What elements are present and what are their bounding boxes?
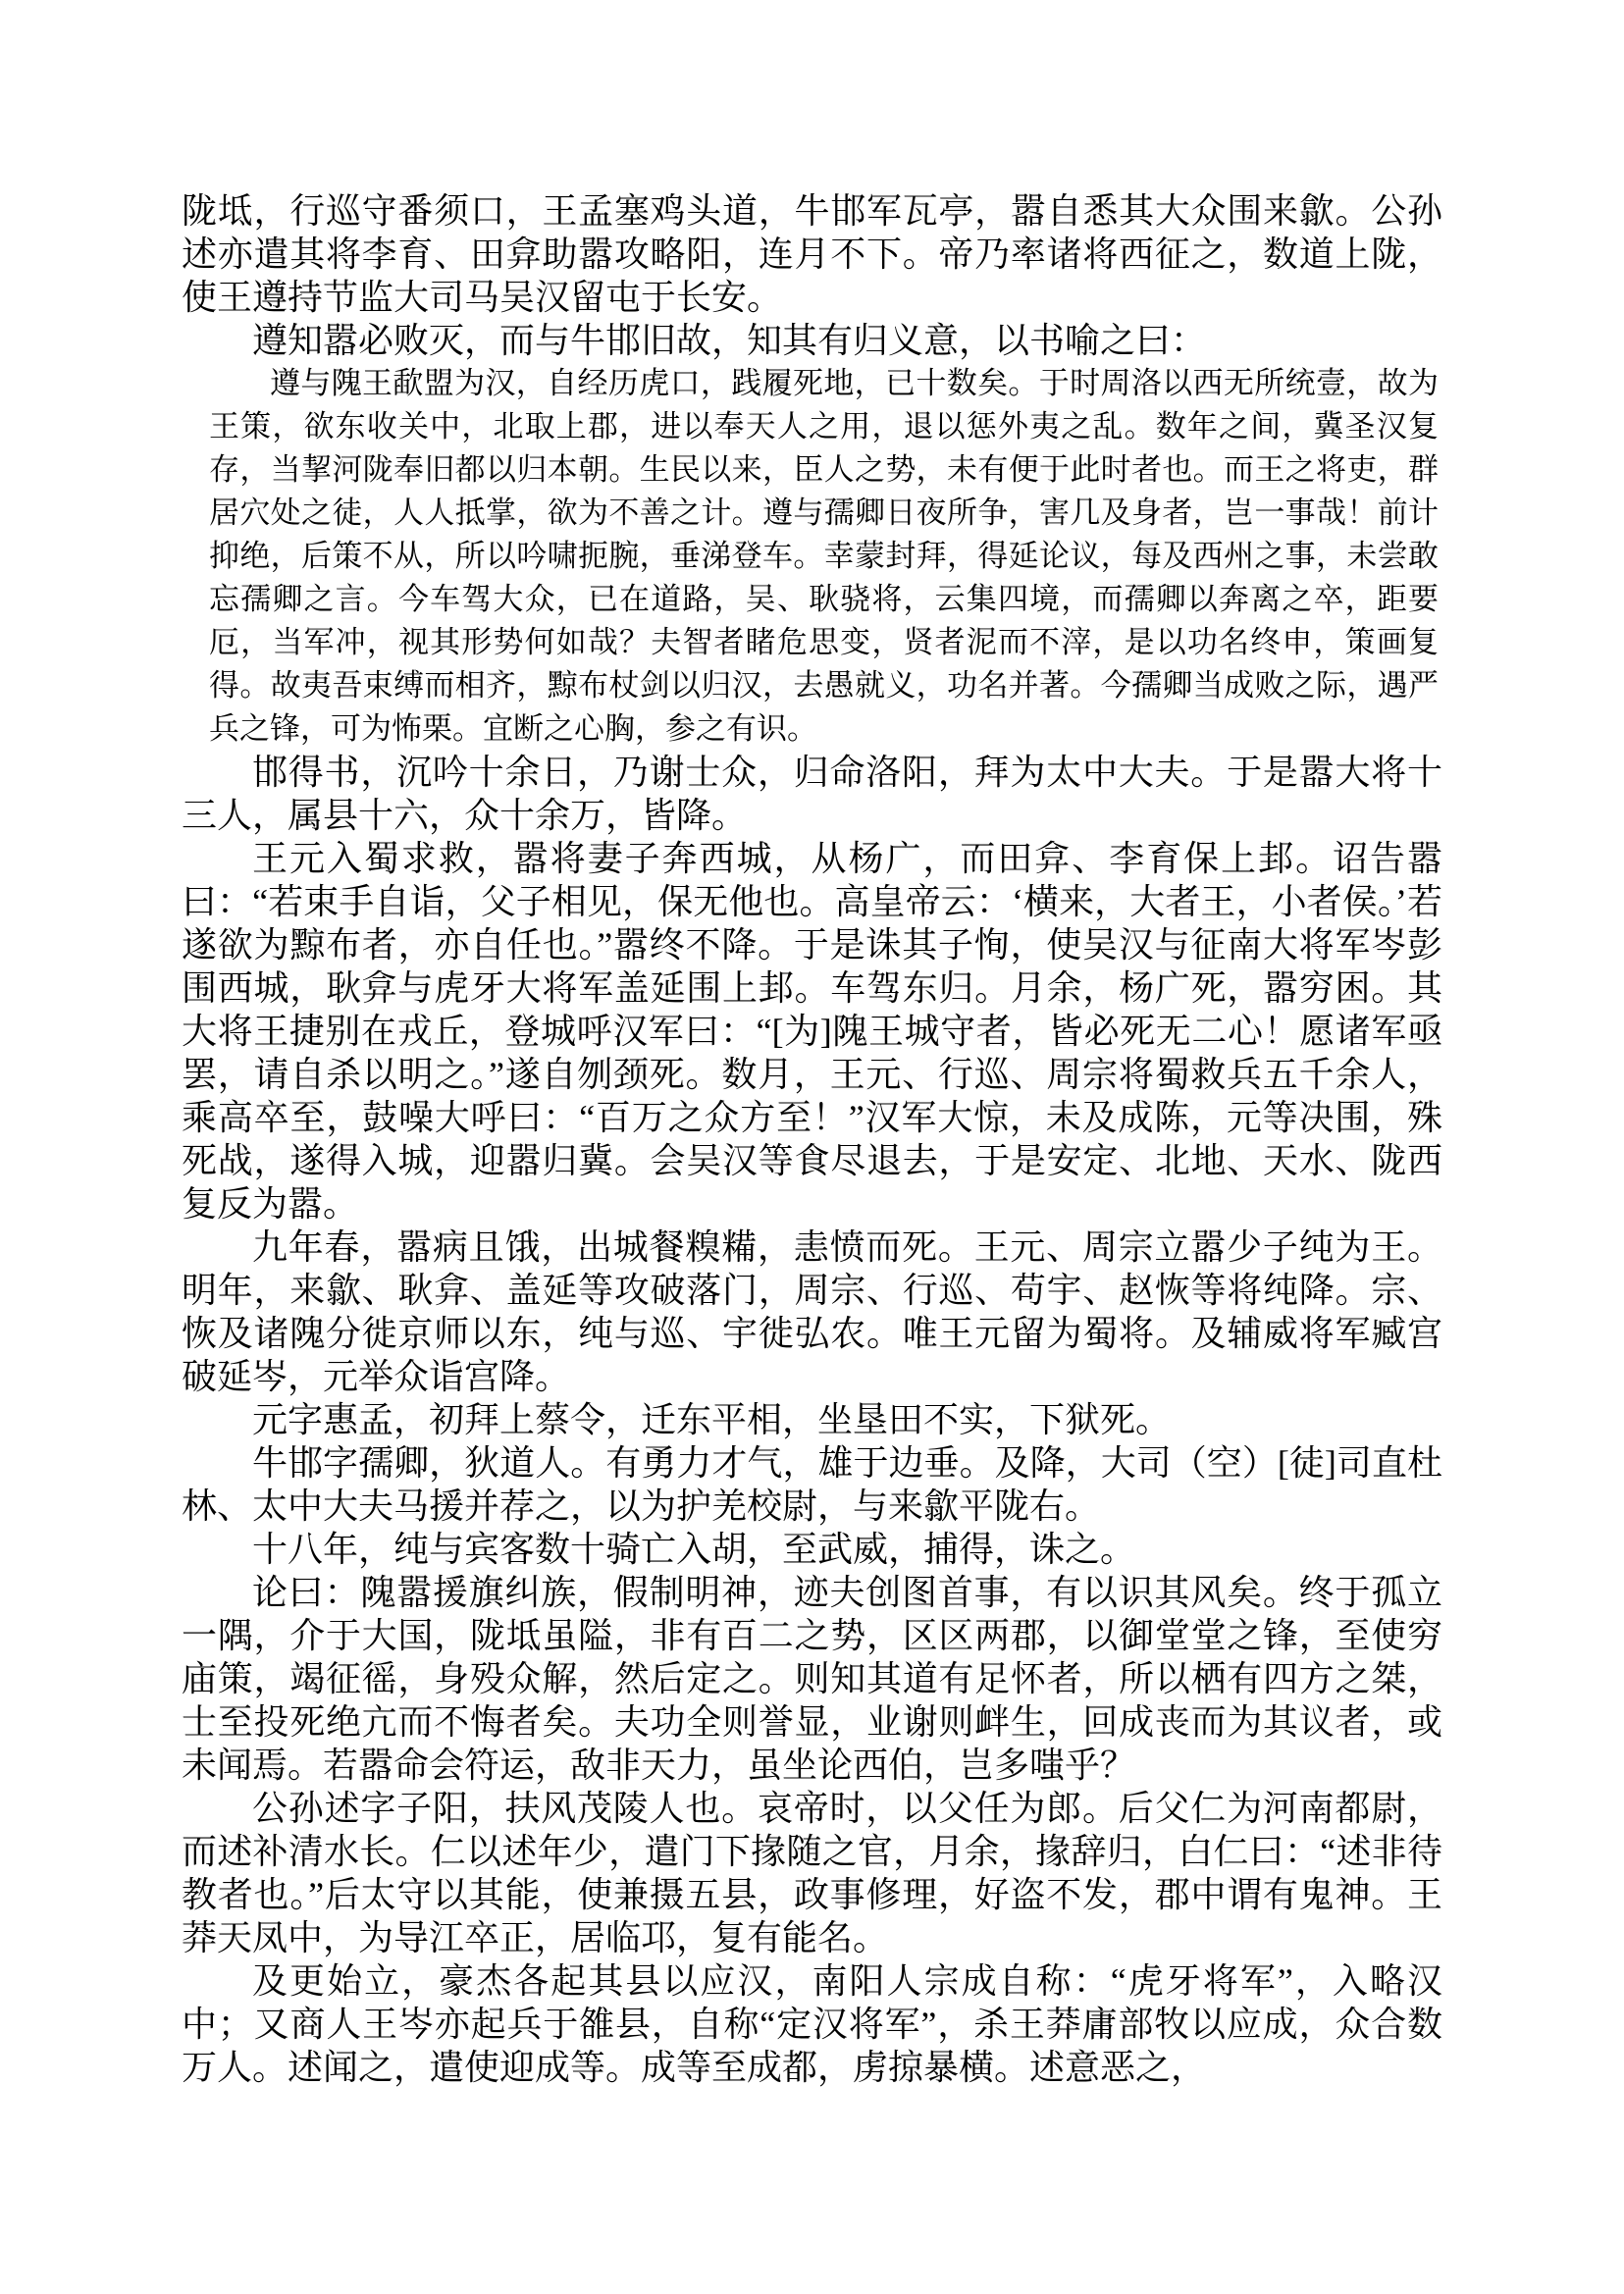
paragraph-gongsunshu-bio: 公孙述字子阳，扶风茂陵人也。哀帝时，以父任为郎。后父仁为河南都尉，而述补清水长。… [182,1787,1442,1959]
paragraph-letter-intro: 遵知嚣必败灭，而与牛邯旧故，知其有归义意，以书喻之曰： [182,319,1442,362]
document-page: 陇坻，行巡守番须口，王孟塞鸡头道，牛邯军瓦亭，嚣自悉其大众围来歙。公孙述亦遣其将… [0,0,1624,2294]
paragraph-continuation: 陇坻，行巡守番须口，王孟塞鸡头道，牛邯军瓦亭，嚣自悉其大众围来歙。公孙述亦遣其将… [182,189,1442,319]
paragraph-xiao-death: 九年春，嚣病且饿，出城餐糗糒，恚愤而死。王元、周宗立嚣少子纯为王。明年，来歙、耿… [182,1225,1442,1398]
paragraph-niuhan-bio: 牛邯字孺卿，狄道人。有勇力才气，雄于边垂。及降，大司（空）[徒]司直杜林、太中大… [182,1441,1442,1528]
paragraph-siege: 王元入蜀求救，嚣将妻子奔西城，从杨广，而田弇、李育保上邽。诏告嚣曰：“若束手自诣… [182,837,1442,1225]
paragraph-gengshi-era: 及更始立，豪杰各起其县以应汉，南阳人宗成自称：“虎牙将军”，入略汉中；又商人王岑… [182,1959,1442,2089]
paragraph-chun-end: 十八年，纯与宾客数十骑亡入胡，至武威，捕得，诛之。 [182,1528,1442,1571]
paragraph-han-surrender: 邯得书，沉吟十余日，乃谢士众，归命洛阳，拜为太中大夫。于是嚣大将十三人，属县十六… [182,751,1442,837]
paragraph-yuan-bio: 元字惠孟，初拜上蔡令，迁东平相，坐垦田不实，下狱死。 [182,1398,1442,1441]
letter-quote-block: 遵与隗王歃盟为汉，自经历虎口，践履死地，已十数矣。于时周洛以西无所统壹，故为王策… [209,362,1439,751]
paragraph-historian-comment: 论曰：隗嚣援旗纠族，假制明神，迹夫创图首事，有以识其风矣。终于孤立一隅，介于大国… [182,1571,1442,1787]
